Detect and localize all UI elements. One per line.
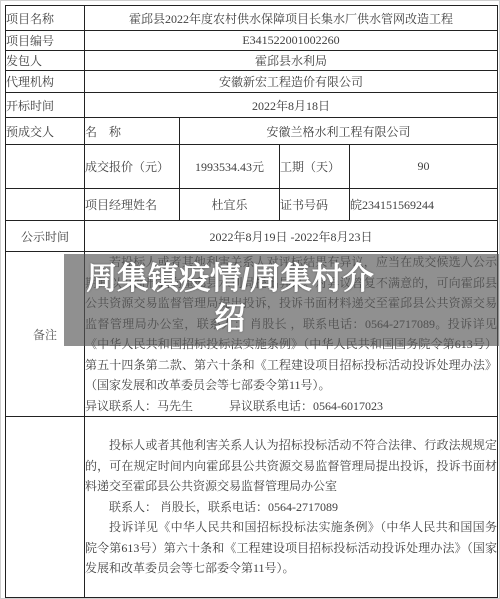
- winner-name-value: 安徽兰格水利工程有限公司: [180, 118, 498, 145]
- winner-manager-spacer: [6, 189, 85, 221]
- watermark-overlay: [64, 254, 500, 346]
- employer-label: 发包人: [6, 51, 85, 71]
- complaint-paragraph-1: 投标人或者其他利害关系人认为招标投标活动不符合法律、行政法规规定的，可在规定时间…: [85, 435, 497, 497]
- bid-open-label: 开标时间: [6, 93, 85, 118]
- winner-price-spacer: [6, 145, 85, 189]
- row-agency: 代理机构 安徽新宏工程造价有限公司: [6, 71, 498, 93]
- project-name-value: 霍邱县2022年度农村供水保障项目长集水厂供水管网改造工程: [85, 6, 498, 31]
- manager-label: 项目经理姓名: [85, 189, 180, 221]
- publicity-value: 2022年8月19日 -2022年8月23日: [85, 221, 498, 252]
- agency-label: 代理机构: [6, 71, 85, 93]
- cert-value: 皖234151569244: [350, 189, 498, 221]
- project-no-value: E341522001002260: [85, 31, 498, 51]
- winner-label: 预成交人: [6, 118, 85, 145]
- manager-value: 杜宜乐: [180, 189, 280, 221]
- row-bid-open-time: 开标时间 2022年8月18日: [6, 93, 498, 118]
- complaint-paragraph-3: 投诉详见《中华人民共和国招标投标法实施条例》（中华人民共和国国务院令第613号）…: [85, 517, 497, 579]
- remark-paragraph-2: 异议联系人：马先生 异议联系电话：0564-6017023: [85, 396, 497, 417]
- complaint-spacer: [6, 417, 85, 598]
- row-publicity-time: 公示时间 2022年8月19日 -2022年8月23日: [6, 221, 498, 252]
- publicity-label: 公示时间: [6, 221, 85, 252]
- complaint-cell: 投标人或者其他利害关系人认为招标投标活动不符合法律、行政法规规定的，可在规定时间…: [85, 417, 498, 598]
- duration-label: 工期（天）: [280, 145, 350, 189]
- row-complaint: 投标人或者其他利害关系人认为招标投标活动不符合法律、行政法规规定的，可在规定时间…: [6, 417, 498, 598]
- row-winner-manager: 项目经理姓名 杜宜乐 证书号码 皖234151569244: [6, 189, 498, 221]
- row-winner-price: 成交报价（元） 1993534.43元 工期（天） 90: [6, 145, 498, 189]
- cert-label: 证书号码: [280, 189, 350, 221]
- project-no-label: 项目编号: [6, 31, 85, 51]
- agency-value: 安徽新宏工程造价有限公司: [85, 71, 498, 93]
- bid-publicity-document: 项目名称 霍邱县2022年度农村供水保障项目长集水厂供水管网改造工程 项目编号 …: [0, 0, 500, 599]
- employer-value: 霍邱县水利局: [85, 51, 498, 71]
- duration-value: 90: [350, 145, 498, 189]
- price-value: 1993534.43元: [180, 145, 280, 189]
- bid-open-value: 2022年8月18日: [85, 93, 498, 118]
- winner-name-label: 名 称: [85, 118, 180, 145]
- row-employer: 发包人 霍邱县水利局: [6, 51, 498, 71]
- project-name-label: 项目名称: [6, 6, 85, 31]
- price-label: 成交报价（元）: [85, 145, 180, 189]
- complaint-paragraph-2: 联系人： 肖股长，联系电话：0564-2717089: [85, 497, 497, 518]
- row-project-no: 项目编号 E341522001002260: [6, 31, 498, 51]
- row-winner-name: 预成交人 名 称 安徽兰格水利工程有限公司: [6, 118, 498, 145]
- row-project-name: 项目名称 霍邱县2022年度农村供水保障项目长集水厂供水管网改造工程: [6, 6, 498, 31]
